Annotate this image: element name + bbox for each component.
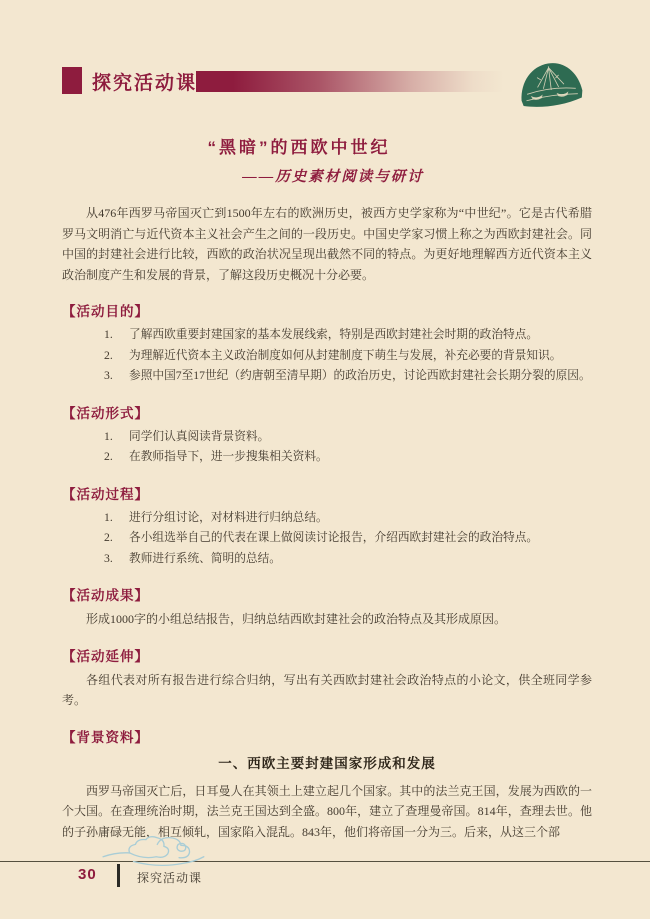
list-item: 3. 教师进行系统、简明的总结。: [62, 549, 592, 570]
section-heading: 【背景资料】: [62, 730, 592, 745]
list-item-number: 1.: [104, 508, 129, 529]
list-item-number: 2.: [104, 346, 129, 367]
list-item: 3. 参照中国7至17世纪（约唐朝至清早期）的政治历史，讨论西欧封建社会长期分裂…: [62, 366, 592, 387]
section-activity-goals: 【活动目的】 1. 了解西欧重要封建国家的基本发展线索，特别是西欧封建社会时期的…: [62, 304, 592, 387]
list-item: 2. 为理解近代资本主义政治制度如何从封建制度下萌生与发展，补充必要的背景知识。: [62, 346, 592, 367]
list-item-text: 参照中国7至17世纪（约唐朝至清早期）的政治历史，讨论西欧封建社会长期分裂的原因…: [129, 366, 592, 387]
section-activity-results: 【活动成果】 形成1000字的小组总结报告，归纳总结西欧封建社会的政治特点及其形…: [62, 588, 592, 630]
header-tab-label: 探究活动课: [92, 68, 197, 95]
page-number: 30: [78, 866, 97, 883]
list-item-number: 1.: [104, 427, 129, 448]
section-paragraph: 形成1000字的小组总结报告，归纳总结西欧封建社会的政治特点及其形成原因。: [62, 609, 592, 630]
list-item: 1. 同学们认真阅读背景资料。: [62, 427, 592, 448]
section-heading: 【活动过程】: [62, 487, 592, 502]
section-background-material: 【背景资料】 一、西欧主要封建国家形成和发展 西罗马帝国灭亡后，日耳曼人在其领土…: [62, 730, 592, 843]
section-heading: 【活动成果】: [62, 588, 592, 603]
list-item-text: 为理解近代资本主义政治制度如何从封建制度下萌生与发展，补充必要的背景知识。: [129, 346, 592, 367]
page-content: “黑暗”的西欧中世纪 ——历史素材阅读与研讨 从476年西罗马帝国灭亡到1500…: [62, 138, 592, 842]
section-activity-process: 【活动过程】 1. 进行分组讨论，对材料进行归纳总结。 2. 各小组选举自己的代…: [62, 487, 592, 570]
page-title: “黑暗”的西欧中世纪: [34, 138, 564, 158]
list-item-text: 了解西欧重要封建国家的基本发展线索，特别是西欧封建社会时期的政治特点。: [129, 325, 592, 346]
list-item-text: 各小组选举自己的代表在课上做阅读讨论报告，介绍西欧封建社会的政治特点。: [129, 528, 592, 549]
list-item: 1. 进行分组讨论，对材料进行归纳总结。: [62, 508, 592, 529]
intro-paragraph: 从476年西罗马帝国灭亡到1500年左右的欧洲历史，被西方史学家称为“中世纪”。…: [62, 203, 592, 285]
list-item-text: 进行分组讨论，对材料进行归纳总结。: [129, 508, 592, 529]
list-item: 2. 在教师指导下，进一步搜集相关资料。: [62, 447, 592, 468]
section-heading: 【活动形式】: [62, 406, 592, 421]
list-item-text: 在教师指导下，进一步搜集相关资料。: [129, 447, 592, 468]
footer-divider-bar: [117, 864, 120, 887]
section-activity-format: 【活动形式】 1. 同学们认真阅读背景资料。 2. 在教师指导下，进一步搜集相关…: [62, 406, 592, 468]
section-activity-extension: 【活动延伸】 各组代表对所有报告进行综合归纳，写出有关西欧封建社会政治特点的小论…: [62, 649, 592, 711]
section-heading: 【活动延伸】: [62, 649, 592, 664]
section-paragraph: 各组代表对所有报告进行综合归纳，写出有关西欧封建社会政治特点的小论文，供全班同学…: [62, 670, 592, 711]
list-item-number: 2.: [104, 447, 129, 468]
footer-chapter-label: 探究活动课: [137, 869, 202, 886]
header-gradient-bar: [196, 71, 504, 92]
list-item: 2. 各小组选举自己的代表在课上做阅读讨论报告，介绍西欧封建社会的政治特点。: [62, 528, 592, 549]
list-item-number: 3.: [104, 366, 129, 387]
header-square-marker: [62, 67, 82, 94]
list-item-number: 1.: [104, 325, 129, 346]
list-item-text: 教师进行系统、简明的总结。: [129, 549, 592, 570]
section-heading: 【活动目的】: [62, 304, 592, 319]
list-item-number: 2.: [104, 528, 129, 549]
list-item-text: 同学们认真阅读背景资料。: [129, 427, 592, 448]
list-item: 1. 了解西欧重要封建国家的基本发展线索，特别是西欧封建社会时期的政治特点。: [62, 325, 592, 346]
page-subtitle: ——历史素材阅读与研讨: [68, 168, 598, 186]
list-item-number: 3.: [104, 549, 129, 570]
background-subheading: 一、西欧主要封建国家形成和发展: [62, 756, 592, 772]
textbook-page: 探究活动课 “黑暗”的西欧中世纪 ——历史素材阅读与研讨 从476年西罗马帝国灭…: [0, 0, 650, 919]
seal-stamp-icon: [515, 55, 587, 111]
